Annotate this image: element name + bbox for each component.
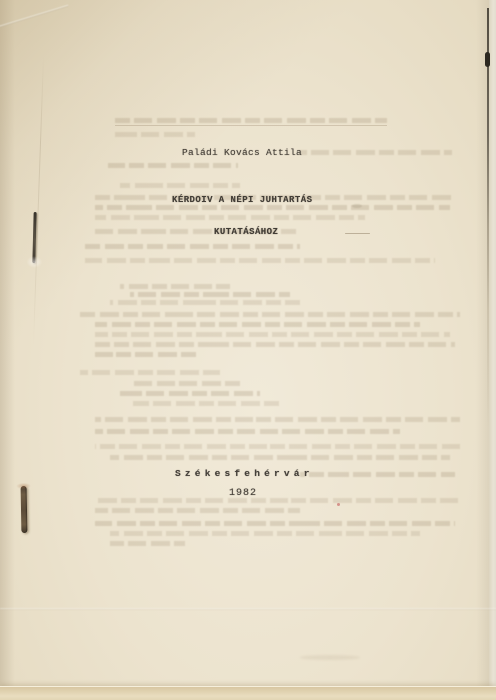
showthrough-line: [95, 508, 300, 513]
showthrough-line: [120, 183, 240, 188]
showthrough-line: [95, 498, 460, 503]
ink-mark-edge: [485, 52, 490, 67]
showthrough-line: [85, 258, 435, 263]
horizontal-crease: [0, 608, 496, 610]
showthrough-line: [130, 381, 240, 386]
showthrough-line: [110, 531, 420, 536]
showthrough-line: [115, 132, 195, 137]
showthrough-line: [115, 118, 387, 123]
page-edge-shadow: [487, 8, 489, 428]
showthrough-line: [95, 342, 455, 347]
title-line-2: KUTATÁSÁHOZ: [214, 227, 278, 237]
showthrough-line: [95, 444, 460, 449]
showthrough-line: [95, 322, 420, 327]
place-name: Székesfehérvár: [175, 468, 314, 479]
bottom-smudge: [300, 655, 360, 660]
showthrough-line: [95, 429, 400, 434]
scanned-document-page: Paládi Kovács Attila KÉRDOIV A NÉPI JUHT…: [0, 0, 496, 700]
showthrough-line: [108, 163, 238, 168]
showthrough-line: [95, 521, 455, 526]
showthrough-line: [300, 150, 452, 155]
showthrough-line: [80, 370, 220, 375]
showthrough-line: [95, 352, 200, 357]
showthrough-line: [95, 332, 450, 337]
showthrough-line: [95, 215, 365, 220]
title-line-1: KÉRDOIV A NÉPI JUHTARTÁS: [172, 195, 312, 205]
showthrough-line: [85, 244, 300, 249]
corner-crease: [0, 5, 69, 30]
year-label: 1982: [229, 488, 257, 499]
vertical-crease: [33, 55, 44, 345]
showthrough-line: [110, 541, 185, 546]
showthrough-line: [130, 401, 280, 406]
showthrough-line: [80, 312, 460, 317]
staple-bottom: [21, 486, 28, 533]
showthrough-line: [95, 205, 450, 210]
showthrough-line: [300, 472, 455, 477]
showthrough-line: [120, 284, 230, 289]
showthrough-line: [110, 300, 300, 305]
showthrough-line: [110, 455, 450, 460]
page-right-strip: [489, 0, 496, 700]
showthrough-line: [120, 391, 260, 396]
pencil-dash-mark: [345, 233, 370, 234]
showthrough-line: [95, 417, 460, 422]
showthrough-underline: [115, 125, 387, 126]
red-speck: [337, 503, 340, 506]
bottom-fold: [0, 686, 496, 700]
showthrough-line: [130, 292, 290, 297]
author-name: Paládi Kovács Attila: [182, 147, 302, 158]
gray-smudge: [352, 204, 362, 208]
